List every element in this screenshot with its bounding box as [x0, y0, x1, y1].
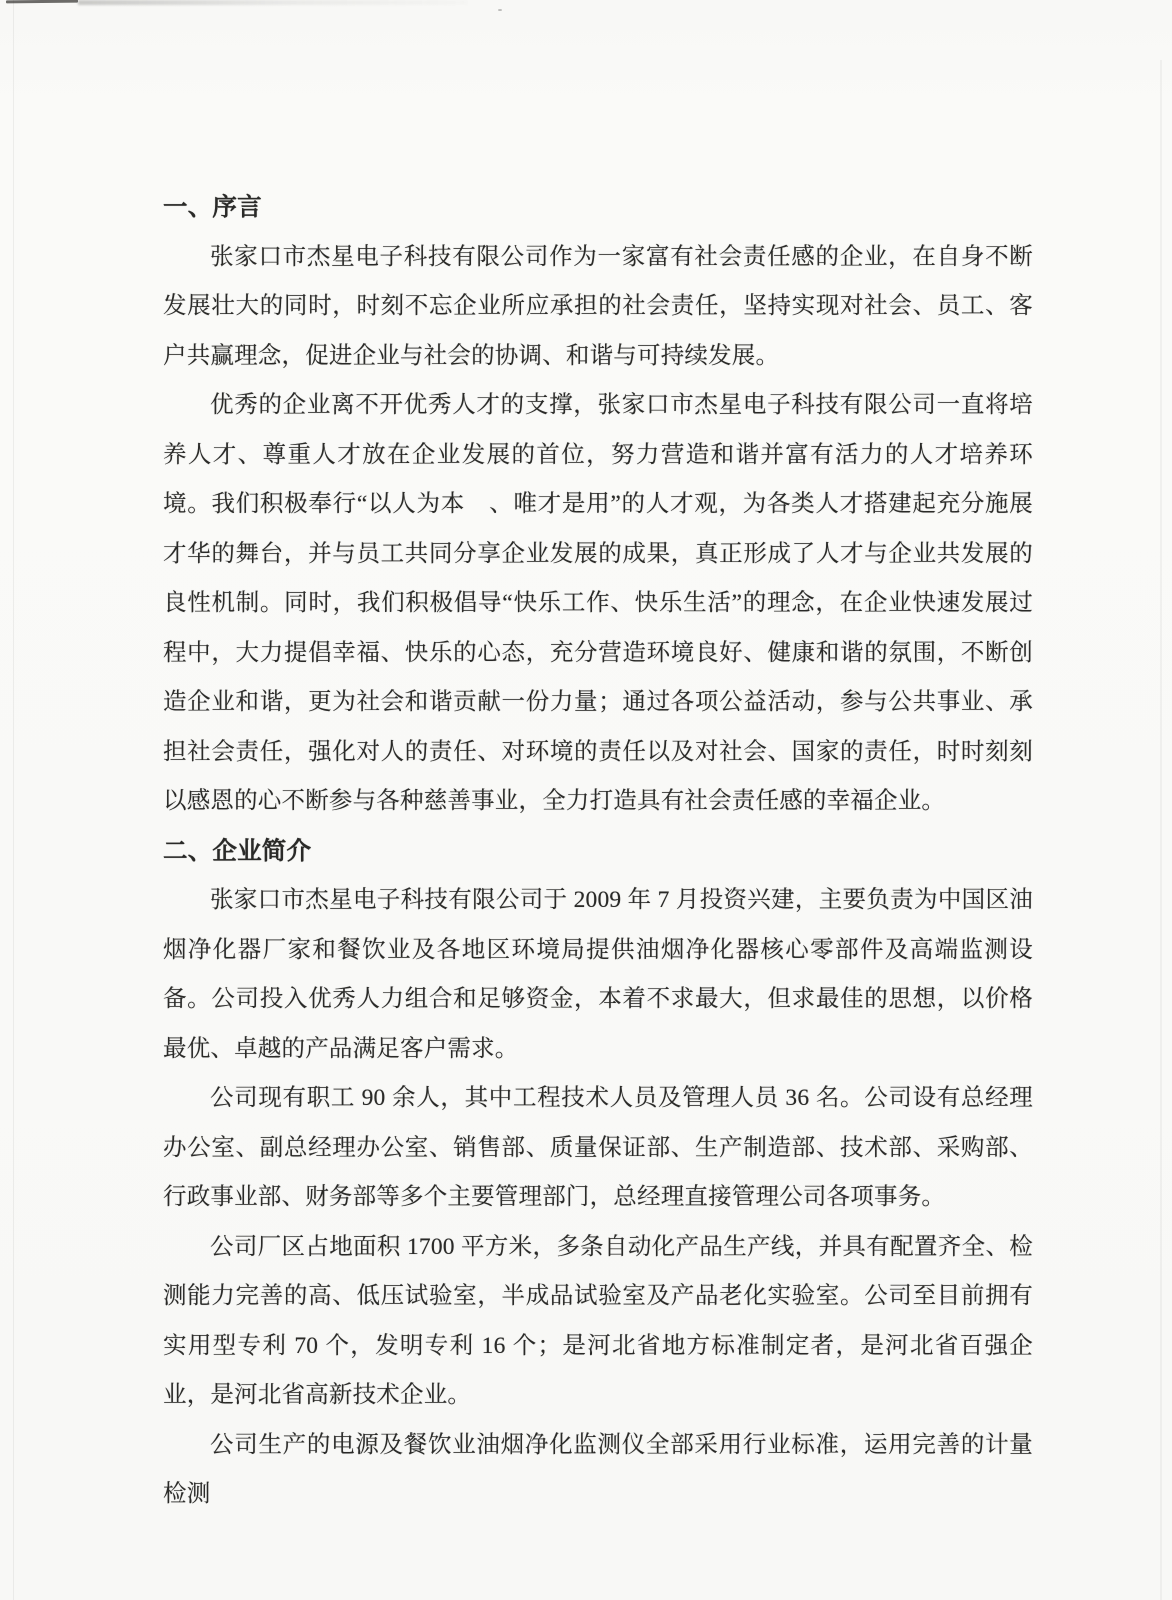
document-content: 一、序言 张家口市杰星电子科技有限公司作为一家富有社会责任感的企业，在自身不断发… — [163, 183, 1033, 1520]
scan-artifact-top-streak — [6, 0, 78, 3]
scan-artifact-right-edge-line — [1160, 60, 1162, 1600]
scan-artifact-speck — [498, 9, 502, 11]
scan-artifact-left-edge-line — [13, 0, 14, 1600]
paragraph-profile-2: 公司现有职工 90 余人，其中工程技术人员及管理人员 36 名。公司设有总经理办… — [163, 1074, 1033, 1223]
paragraph-preface-1: 张家口市杰星电子科技有限公司作为一家富有社会责任感的企业，在自身不断发展壮大的同… — [163, 233, 1033, 382]
document-page: 一、序言 张家口市杰星电子科技有限公司作为一家富有社会责任感的企业，在自身不断发… — [0, 0, 1172, 1600]
paragraph-preface-2: 优秀的企业离不开优秀人才的支撑，张家口市杰星电子科技有限公司一直将培养人才、尊重… — [163, 381, 1033, 827]
scan-artifact-top-smudge — [78, 0, 468, 5]
paragraph-profile-1: 张家口市杰星电子科技有限公司于 2009 年 7 月投资兴建，主要负责为中国区油… — [163, 876, 1033, 1074]
paragraph-profile-3: 公司厂区占地面积 1700 平方米，多条自动化产品生产线，并具有配置齐全、检测能… — [163, 1223, 1033, 1421]
paragraph-profile-4: 公司生产的电源及餐饮业油烟净化监测仪全部采用行业标准，运用完善的计量检测 — [163, 1421, 1033, 1520]
section-heading-preface: 一、序言 — [163, 183, 1033, 233]
section-heading-company-profile: 二、企业简介 — [163, 827, 1033, 877]
